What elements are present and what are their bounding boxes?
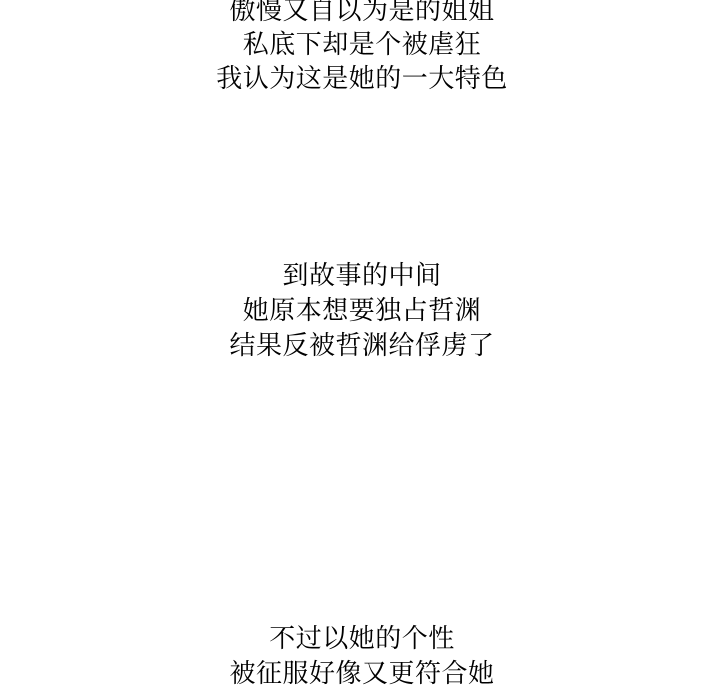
narration-line: 她原本想要独占哲渊 (2, 293, 720, 328)
comic-page: 傲慢又自以为是的姐姐 私底下却是个被虐狂 我认为这是她的一大特色 到故事的中间 … (0, 0, 720, 700)
narration-line: 傲慢又自以为是的姐姐 (2, 0, 720, 27)
narration-block-bottom: 不过以她的个性 被征服好像又更符合她 (2, 621, 720, 691)
narration-line: 私底下却是个被虐狂 (2, 27, 720, 61)
narration-line: 结果反被哲渊给俘虏了 (2, 328, 720, 363)
narration-block-middle: 到故事的中间 她原本想要独占哲渊 结果反被哲渊给俘虏了 (2, 258, 720, 363)
narration-line: 到故事的中间 (2, 258, 720, 293)
narration-line: 不过以她的个性 (2, 621, 720, 656)
narration-line: 被征服好像又更符合她 (2, 656, 720, 691)
narration-block-top: 傲慢又自以为是的姐姐 私底下却是个被虐狂 我认为这是她的一大特色 (2, 0, 720, 95)
narration-line: 我认为这是她的一大特色 (2, 61, 720, 95)
